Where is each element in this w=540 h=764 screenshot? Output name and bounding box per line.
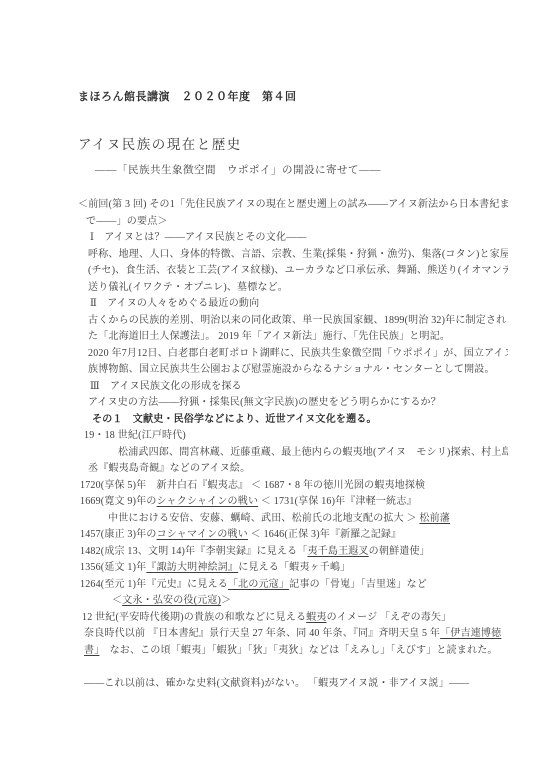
underlined-term: 書」 bbox=[84, 645, 99, 656]
underlined-term: シャクシャインの戦い bbox=[157, 496, 259, 507]
text-run: ＜ 1646(正保 3)年『新羅之記録』 bbox=[248, 529, 401, 540]
text-run: 1669(寛文 9)年の bbox=[80, 496, 157, 507]
underlined-term: 『諏訪大明神絵詞』 bbox=[146, 562, 238, 573]
doc-line: 送り儀礼(イワクテ・オプニレ)、墓標など。 bbox=[88, 280, 508, 297]
text-run: 1264(至元 1)年『元史』に見える bbox=[80, 579, 228, 590]
document-subtitle: ――「民族共生象徴空間 ウポポイ」の開設に寄せて―― bbox=[95, 162, 508, 177]
text-run: 呼称、地理、人口、身体的特徴、言語、宗教、生業(採集・狩猟・漁労)、集落(コタン… bbox=[88, 249, 508, 260]
text-run: Ⅱ アイヌの人々をめぐる最近の動向 bbox=[90, 298, 259, 309]
text-run: に見える「蝦夷ヶ千嶋」 bbox=[238, 562, 350, 573]
text-run: で――」の要点＞ bbox=[86, 216, 168, 227]
underlined-term: 「伊吉連博徳 bbox=[440, 628, 501, 639]
doc-line: 12 世紀(平安時代後期)の貴族の和歌などに見える蝦夷のイメージ 「えぞの毒矢」 bbox=[82, 610, 508, 627]
doc-line: (チセ)、食生活、衣装と工芸(アイヌ紋様)、ユーカラなど口承伝承、舞踊、熊送り(… bbox=[88, 263, 508, 280]
doc-line: 1264(至元 1)年『元史』に見える「北の元寇」記事の「骨嵬」「吉里迷」など bbox=[80, 577, 508, 594]
text-run: のイメージ 「えぞの毒矢」 bbox=[327, 612, 452, 623]
text-run: 1482(成宗 13、文明 14)年『李朝実録』に見える「 bbox=[80, 546, 307, 557]
text-run: 1356(延文 1)年 bbox=[80, 562, 146, 573]
text-run: た「北海道旧土人保護法」。 2019 年「アイヌ新法」施行、「先住民族」と明記。 bbox=[88, 331, 450, 342]
text-run: 記事の「骨嵬」「吉里迷」など bbox=[289, 579, 427, 590]
doc-line: 1720(享保 5)年 新井白石『蝦夷志』 ＜ 1687・8 年の徳川光圀の蝦夷… bbox=[80, 478, 508, 495]
text-run: 送り儀礼(イワクテ・オプニレ)、墓標など。 bbox=[88, 282, 288, 293]
text-run: なお、この頃「蝦夷」「蝦狄」「狄」「夷狄」などは「えみし」「えびす」と読まれた。 bbox=[99, 645, 497, 656]
doc-line: 1457(康正 3)年のコシャマインの戦い ＜ 1646(正保 3)年『新羅之記… bbox=[80, 527, 508, 544]
doc-line: た「北海道旧土人保護法」。 2019 年「アイヌ新法」施行、「先住民族」と明記。 bbox=[88, 329, 508, 346]
doc-line: Ⅲ アイヌ民族文化の形成を探る bbox=[90, 379, 508, 396]
text-run: 古くからの民族的差別、明治以来の同化政策、単一民族国家観、1899(明治 32)… bbox=[88, 315, 506, 326]
text-run: ＜ 1731(享保 16)年『津軽一統志』 bbox=[258, 496, 417, 507]
text-run: ＞ bbox=[221, 595, 231, 606]
doc-line: ＜文永・弘安の役(元寇)＞ bbox=[112, 593, 508, 610]
text-run: 1457(康正 3)年の bbox=[80, 529, 157, 540]
doc-line: 奈良時代以前 『日本書紀』景行天皇 27 年条、同 40 年条、『同』斉明天皇 … bbox=[84, 626, 508, 643]
text-run: 奈良時代以前 『日本書紀』景行天皇 27 年条、同 40 年条、『同』斉明天皇 … bbox=[84, 628, 440, 639]
document-content: まほろん館長講演 ２０２０年度 第４回 アイヌ民族の現在と歴史 ――「民族共生象… bbox=[78, 88, 508, 692]
doc-line: で――」の要点＞ bbox=[86, 214, 508, 231]
text-run: 2020 年7月12日、白老郡白老町ポロト湖畔に、民族共生象徴空間「ウポポイ」が… bbox=[88, 348, 508, 359]
document-page: まほろん館長講演 ２０２０年度 第４回 アイヌ民族の現在と歴史 ――「民族共生象… bbox=[0, 0, 540, 764]
document-body: ＜前回(第 3 回) その1「先住民族アイヌの現在と歴史遡上の試み――アイヌ新法… bbox=[78, 197, 508, 692]
document-title: アイヌ民族の現在と歴史 bbox=[78, 133, 508, 153]
doc-line: その１ 文献史・民俗学などにより、近世アイヌ文化を遡る。 bbox=[92, 412, 508, 429]
doc-line: 中世における安倍、安藤、蠣崎、武田、松前氏の北地支配の拡大 ＞ 松前藩 bbox=[108, 511, 508, 528]
text-run: アイヌ史の方法――狩猟・採集民(無文字民族)の歴史をどう明らかにするか？ bbox=[88, 397, 441, 408]
doc-line: 19・18 世紀(江戸時代) bbox=[84, 428, 508, 445]
underlined-term: 蝦夷 bbox=[306, 612, 326, 623]
doc-line: Ⅰ アイヌとは？――アイヌ民族とその文化―― bbox=[90, 230, 508, 247]
text-run: ＜ bbox=[112, 595, 122, 606]
underlined-term: 文永・弘安の役(元寇) bbox=[122, 595, 221, 606]
text-run: その１ 文献史・民俗学などにより、近世アイヌ文化を遡る。 bbox=[92, 414, 377, 425]
text-run: ――これ以前は、確かな史料(文献資料)がない。 「蝦夷アイヌ説・非アイヌ説」―― bbox=[84, 678, 469, 689]
doc-line: 2020 年7月12日、白老郡白老町ポロト湖畔に、民族共生象徴空間「ウポポイ」が… bbox=[88, 346, 508, 363]
doc-line: 1482(成宗 13、文明 14)年『李朝実録』に見える「夷千島王遐叉の朝鮮遣使… bbox=[80, 544, 508, 561]
text-run: 族博物館、国立民族共生公園および慰霊施設からなるナショナル・センターとして開設。 bbox=[88, 364, 495, 375]
doc-line: 1669(寛文 9)年のシャクシャインの戦い ＜ 1731(享保 16)年『津軽… bbox=[80, 494, 508, 511]
text-run: 中世における安倍、安藤、蠣崎、武田、松前氏の北地支配の拡大 ＞ bbox=[108, 513, 419, 524]
underlined-term: コシャマインの戦い bbox=[157, 529, 248, 540]
doc-line: ＜前回(第 3 回) その1「先住民族アイヌの現在と歴史遡上の試み――アイヌ新法… bbox=[78, 197, 508, 214]
text-run: (チセ)、食生活、衣装と工芸(アイヌ紋様)、ユーカラなど口承伝承、舞踊、熊送り(… bbox=[88, 265, 508, 276]
text-run: 1720(享保 5)年 新井白石『蝦夷志』 ＜ 1687・8 年の徳川光圀の蝦夷… bbox=[80, 480, 425, 491]
doc-line: 古くからの民族的差別、明治以来の同化政策、単一民族国家観、1899(明治 32)… bbox=[88, 313, 508, 330]
doc-line: アイヌ史の方法――狩猟・採集民(無文字民族)の歴史をどう明らかにするか？ bbox=[88, 395, 508, 412]
text-run: 丞『蝦夷島奇観』などのアイヌ絵。 bbox=[88, 463, 250, 474]
doc-line: 丞『蝦夷島奇観』などのアイヌ絵。 bbox=[88, 461, 508, 478]
text-run: ＜前回(第 3 回) その1「先住民族アイヌの現在と歴史遡上の試み――アイヌ新法… bbox=[78, 199, 508, 210]
doc-line: 族博物館、国立民族共生公園および慰霊施設からなるナショナル・センターとして開設。 bbox=[88, 362, 508, 379]
text-run: Ⅰ アイヌとは？――アイヌ民族とその文化―― bbox=[90, 232, 307, 243]
underlined-term: 松前藩 bbox=[419, 513, 450, 524]
doc-line: 呼称、地理、人口、身体的特徴、言語、宗教、生業(採集・狩猟・漁労)、集落(コタン… bbox=[88, 247, 508, 264]
doc-line: 松浦武四郎、間宮林蔵、近藤重蔵、最上徳内らの蝦夷地(アイヌ モシリ)探索、村上島… bbox=[118, 445, 508, 462]
doc-line: 書」 なお、この頃「蝦夷」「蝦狄」「狄」「夷狄」などは「えみし」「えびす」と読ま… bbox=[84, 643, 508, 660]
underlined-term: 「北の元寇」 bbox=[228, 579, 289, 590]
doc-line: ――これ以前は、確かな史料(文献資料)がない。 「蝦夷アイヌ説・非アイヌ説」―― bbox=[84, 676, 508, 693]
underlined-term: 夷千島王遐叉 bbox=[307, 546, 368, 557]
doc-line: 1356(延文 1)年『諏訪大明神絵詞』に見える「蝦夷ヶ千嶋」 bbox=[80, 560, 508, 577]
text-run: 松浦武四郎、間宮林蔵、近藤重蔵、最上徳内らの蝦夷地(アイヌ モシリ)探索、村上島… bbox=[118, 447, 508, 458]
text-run: 19・18 世紀(江戸時代) bbox=[84, 430, 186, 441]
doc-line: Ⅱ アイヌの人々をめぐる最近の動向 bbox=[90, 296, 508, 313]
text-run: Ⅲ アイヌ民族文化の形成を探る bbox=[90, 381, 242, 392]
text-run: 12 世紀(平安時代後期)の貴族の和歌などに見える bbox=[82, 612, 306, 623]
text-run: の朝鮮遣使」 bbox=[369, 546, 430, 557]
lecture-series-header: まほろん館長講演 ２０２０年度 第４回 bbox=[78, 88, 508, 104]
